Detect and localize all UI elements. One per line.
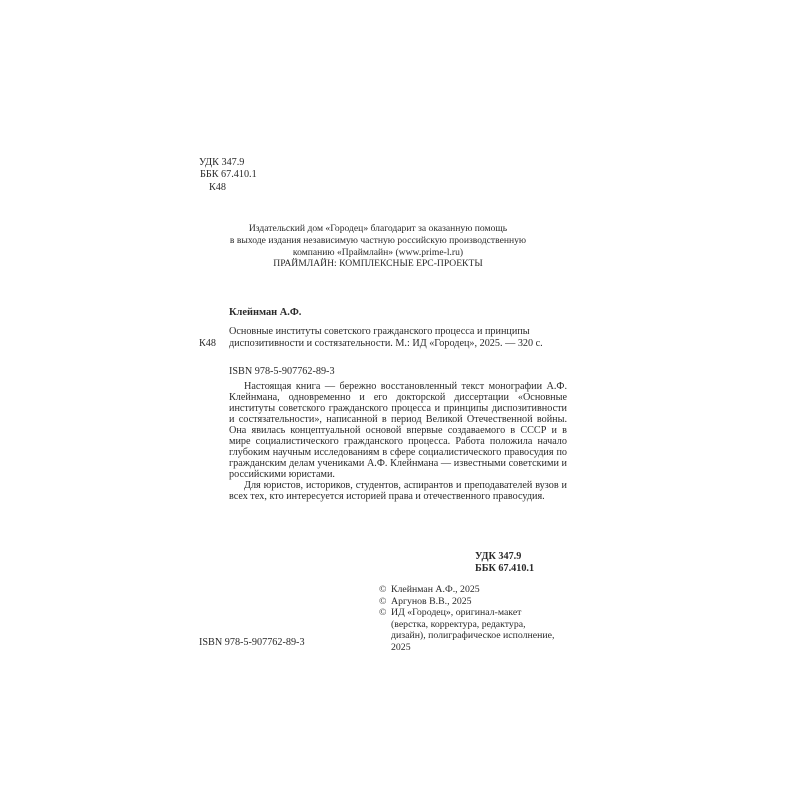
classification-block-top: УДК 347.9 ББК 67.410.1 К48 [199, 157, 257, 194]
annotation-paragraph: Настоящая книга — бережно восстановленны… [229, 381, 567, 480]
copyright-line: © Аргунов В.В., 2025 [379, 596, 559, 608]
copyright-text: Аргунов В.В., 2025 [391, 596, 472, 608]
udk-code: УДК 347.9 [199, 157, 257, 169]
classification-block-bottom: УДК 347.9 ББК 67.410.1 [475, 551, 534, 576]
copyright-icon: © [379, 584, 391, 596]
acknowledgement-line: в выходе издания независимую частную рос… [198, 235, 558, 247]
copyright-icon: © [379, 596, 391, 608]
isbn-record: ISBN 978-5-907762-89-3 [229, 366, 335, 377]
udk-code: УДК 347.9 [475, 551, 534, 563]
copyright-text: ИД «Городец», оригинал-макет (верстка, к… [391, 607, 559, 653]
author-mark-side: К48 [199, 338, 216, 349]
bbk-code: ББК 67.410.1 [199, 169, 257, 181]
annotation: Настоящая книга — бережно восстановленны… [229, 381, 567, 502]
annotation-paragraph: Для юристов, историков, студентов, аспир… [229, 480, 567, 502]
acknowledgement: Издательский дом «Городец» благодарит за… [198, 223, 558, 270]
isbn-bottom: ISBN 978-5-907762-89-3 [199, 637, 305, 648]
copyright-block: © Клейнман А.Ф., 2025 © Аргунов В.В., 20… [379, 584, 559, 654]
author-mark: К48 [199, 182, 257, 194]
copyright-text: Клейнман А.Ф., 2025 [391, 584, 480, 596]
author-name: Клейнман А.Ф. [229, 307, 301, 318]
bibliographic-description: Основные институты советского гражданско… [229, 326, 567, 351]
copyright-line: © Клейнман А.Ф., 2025 [379, 584, 559, 596]
acknowledgement-line: компанию «Праймлайн» (www.prime-l.ru) [198, 247, 558, 259]
copyright-line: © ИД «Городец», оригинал-макет (верстка,… [379, 607, 559, 653]
acknowledgement-slogan: ПРАЙМЛАЙН: КОМПЛЕКСНЫЕ EPC-ПРОЕКТЫ [198, 258, 558, 270]
copyright-icon: © [379, 607, 391, 653]
bbk-code: ББК 67.410.1 [475, 563, 534, 575]
acknowledgement-line: Издательский дом «Городец» благодарит за… [198, 223, 558, 235]
